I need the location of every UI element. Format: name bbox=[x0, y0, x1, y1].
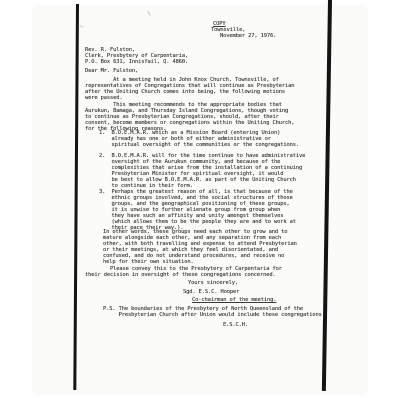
list-item-reason-2: 2. B.O.E.M.A.R. will for the time contin… bbox=[99, 153, 305, 189]
paragraph-opening: At a meeting held in John Knox Church, T… bbox=[85, 77, 294, 101]
signer-initials: E.S.C.H. bbox=[223, 322, 248, 328]
paragraph-recommendation: This meeting recommends to the appropria… bbox=[85, 102, 294, 132]
recipient-address: Rev. R. Fulston, Clerk, Presbytery of Ca… bbox=[85, 47, 188, 65]
paragraph-in-other-words: In other words, these groups need each o… bbox=[103, 229, 297, 265]
signature-line: Sgd. E.S.C. Hooper bbox=[183, 289, 239, 295]
closing-line: Yours sincerely, bbox=[188, 280, 238, 286]
list-item-reason-3: 3. Perhaps the greatest reason of all, i… bbox=[99, 189, 296, 231]
paragraph-request: Please convey this to the Presbytery of … bbox=[85, 266, 282, 278]
salutation: Dear Mr. Fulston, bbox=[85, 68, 138, 74]
postscript: P.S. The boundaries of the Presbytery of… bbox=[103, 306, 325, 318]
list-item-reason-1: 1. B.O.E.M.A.R. which as a Mission Board… bbox=[99, 130, 299, 148]
date-line: November 27, 1976. bbox=[220, 33, 276, 39]
signer-role-line: Co-chairman of the meeting. bbox=[192, 297, 276, 303]
